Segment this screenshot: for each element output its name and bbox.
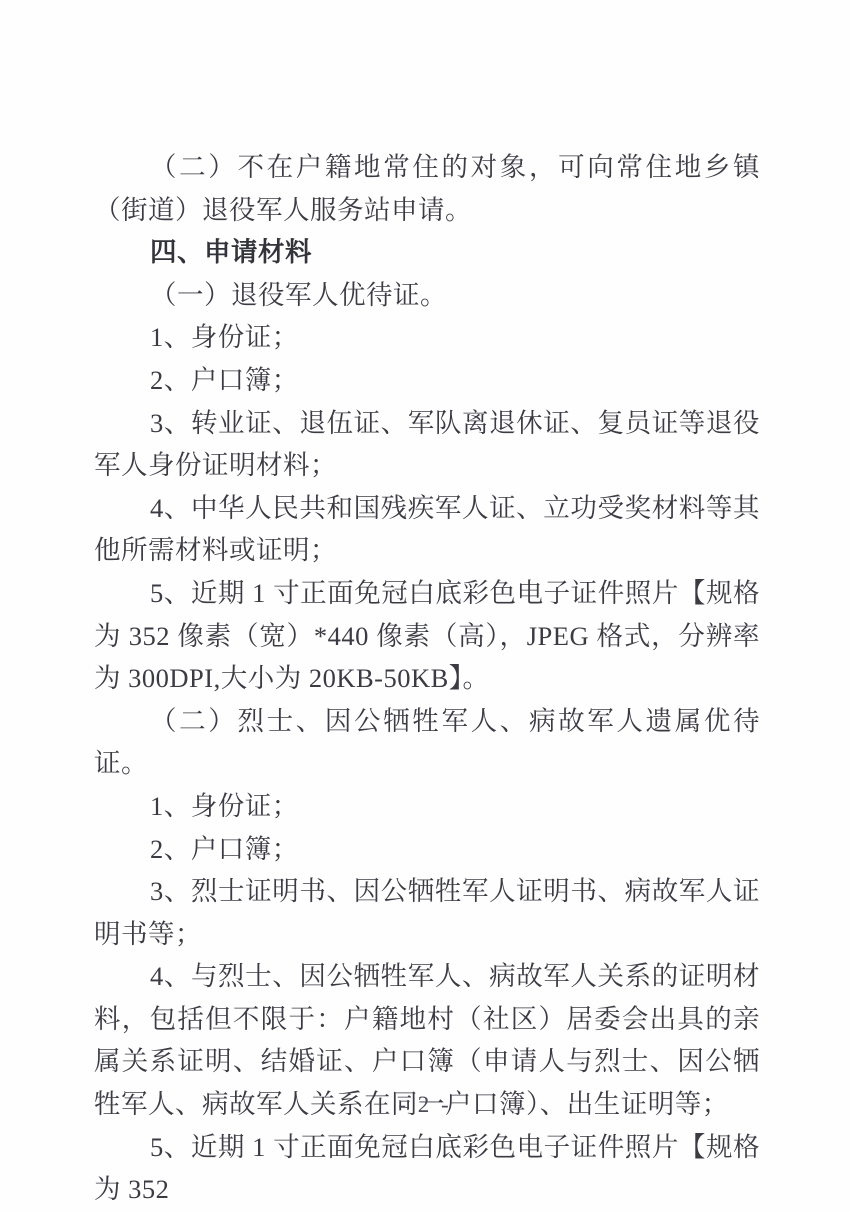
document-body: （二）不在户籍地常住的对象，可向常住地乡镇（街道）退役军人服务站申请。四、申请材… [94, 146, 760, 1211]
paragraph: 2、户口簿； [94, 828, 760, 871]
paragraph: 5、近期 1 寸正面免冠白底彩色电子证件照片【规格为 352 [94, 1126, 760, 1211]
paragraph: （二）不在户籍地常住的对象，可向常住地乡镇（街道）退役军人服务站申请。 [94, 146, 760, 231]
section-heading: 四、申请材料 [94, 231, 760, 274]
paragraph: 3、转业证、退伍证、军队离退休证、复员证等退役军人身份证明材料； [94, 402, 760, 487]
paragraph: 2、户口簿； [94, 359, 760, 402]
paragraph: 4、中华人民共和国残疾军人证、立功受奖材料等其他所需材料或证明； [94, 487, 760, 572]
paragraph: 1、身份证； [94, 316, 760, 359]
document-page: （二）不在户籍地常住的对象，可向常住地乡镇（街道）退役军人服务站申请。四、申请材… [0, 0, 850, 1212]
paragraph: 5、近期 1 寸正面免冠白底彩色电子证件照片【规格为 352 像素（宽）*440… [94, 572, 760, 700]
paragraph: 1、身份证； [94, 785, 760, 828]
paragraph: 3、烈士证明书、因公牺牲军人证明书、病故军人证明书等； [94, 870, 760, 955]
page-number: - 2 - [0, 1092, 850, 1118]
paragraph: （一）退役军人优待证。 [94, 274, 760, 317]
paragraph: （二）烈士、因公牺牲军人、病故军人遗属优待证。 [94, 700, 760, 785]
